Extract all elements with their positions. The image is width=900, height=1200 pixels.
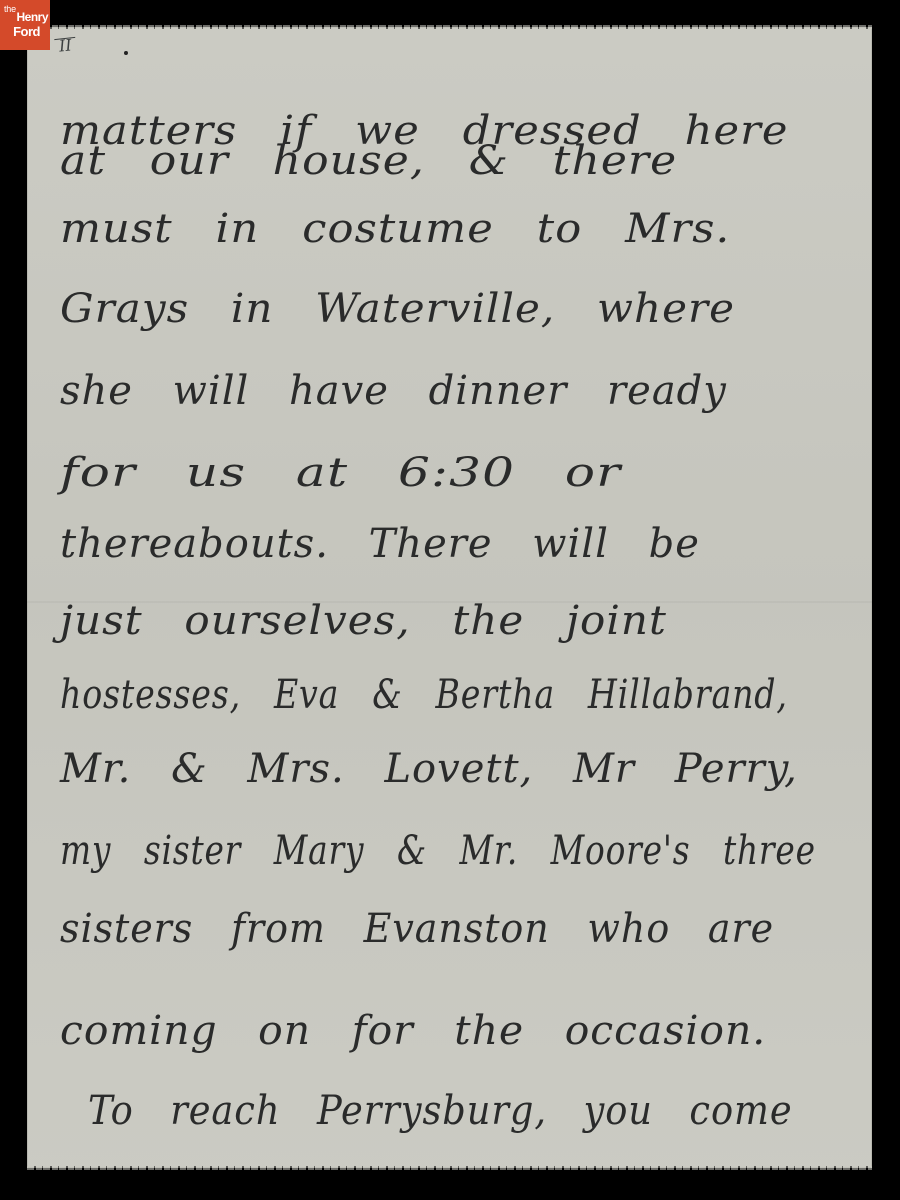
handwritten-line-11: my sister Mary & Mr. Moore's three	[60, 828, 816, 874]
handwritten-line-8: just ourselves, the joint	[60, 598, 667, 644]
handwritten-line-2: at our house, & there	[60, 138, 677, 184]
handwritten-line-4: Grays in Waterville, where	[60, 286, 735, 332]
handwritten-line-13: coming on for the occasion.	[60, 1008, 766, 1054]
handwritten-line-7: thereabouts. There will be	[60, 521, 700, 567]
handwritten-line-10: Mr. & Mrs. Lovett, Mr Perry,	[60, 746, 798, 792]
logo-text-ford: Ford	[13, 25, 40, 38]
handwritten-line-14: To reach Perrysburg, you come	[88, 1088, 793, 1134]
handwritten-line-5: she will have dinner ready	[60, 368, 727, 414]
ink-dot	[124, 51, 128, 55]
document-viewer: the Henry Ford II matters if we dressed …	[0, 0, 900, 1200]
handwritten-line-6: for us at 6:30 or	[60, 450, 621, 496]
page-number-mark: II	[54, 37, 76, 54]
henry-ford-logo: the Henry Ford	[0, 0, 50, 50]
handwritten-line-3: must in costume to Mrs.	[60, 206, 730, 252]
logo-text-the: the	[4, 5, 16, 14]
logo-text-henry: Henry	[16, 11, 48, 23]
handwritten-line-12: sisters from Evanston who are	[60, 906, 774, 952]
handwritten-line-9: hostesses, Eva & Bertha Hillabrand,	[60, 672, 788, 718]
